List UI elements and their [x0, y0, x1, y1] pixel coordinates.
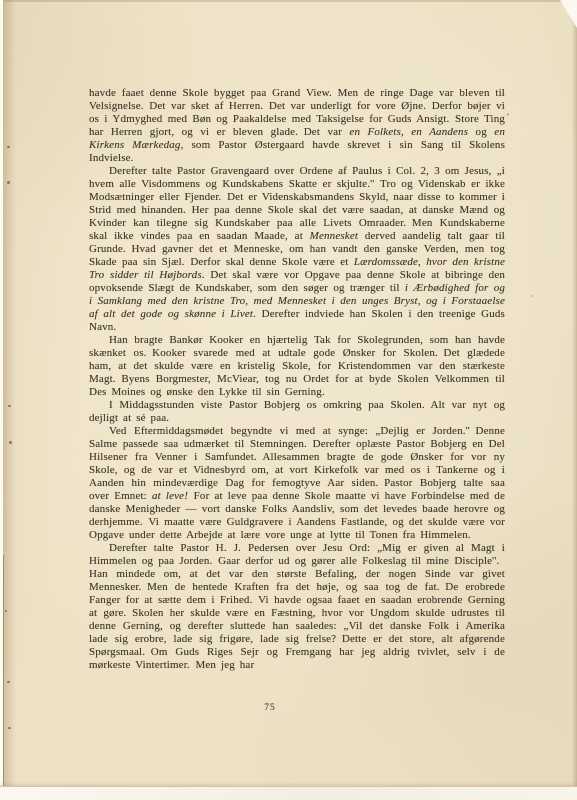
text-run-italic: at leve! [152, 490, 188, 502]
page-edge-left-line [3, 555, 4, 787]
page-text-block: havde faaet denne Skole bygget paa Grand… [89, 87, 505, 672]
text-run: I Middagsstunden viste Pastor Bobjerg os… [89, 399, 505, 424]
page-edge-top [0, 0, 577, 2]
page-edge-bottom [0, 786, 577, 800]
page-edge-left-shadow [3, 0, 16, 800]
paper-speck [507, 113, 509, 116]
paragraph-5: Ved Eftermiddagsmødet begyndte vi med at… [89, 425, 505, 542]
text-run-italic: Mennesket [310, 230, 358, 242]
text-run: Derefter talte Pastor H. J. Pedersen ove… [89, 542, 505, 671]
paragraph-2: Derefter talte Pastor Gravengaard over O… [89, 165, 505, 334]
paper-speck [7, 146, 10, 148]
book-page-scan: havde faaet denne Skole bygget paa Grand… [0, 0, 577, 800]
paper-speck [7, 181, 10, 184]
paragraph-6: Derefter talte Pastor H. J. Pedersen ove… [89, 542, 505, 672]
page-corner-top-right [560, 0, 577, 28]
page-number: 75 [252, 703, 288, 713]
paper-speck [5, 610, 7, 612]
page-edge-right-shadow [572, 0, 577, 800]
paper-speck [9, 441, 12, 444]
text-run: Han bragte Bankør Kooker en hjærtelig Ta… [89, 334, 505, 398]
paper-speck [8, 727, 11, 729]
paragraph-1: havde faaet denne Skole bygget paa Grand… [89, 87, 505, 165]
paragraph-3: Han bragte Bankør Kooker en hjærtelig Ta… [89, 334, 505, 399]
paragraph-4: I Middagsstunden viste Pastor Bobjerg os… [89, 399, 505, 425]
paper-speck [7, 681, 10, 683]
text-run: og [468, 126, 494, 138]
paper-speck [531, 295, 533, 297]
paper-speck [8, 405, 11, 407]
text-run-italic: en Folkets, en Aandens [349, 126, 468, 138]
